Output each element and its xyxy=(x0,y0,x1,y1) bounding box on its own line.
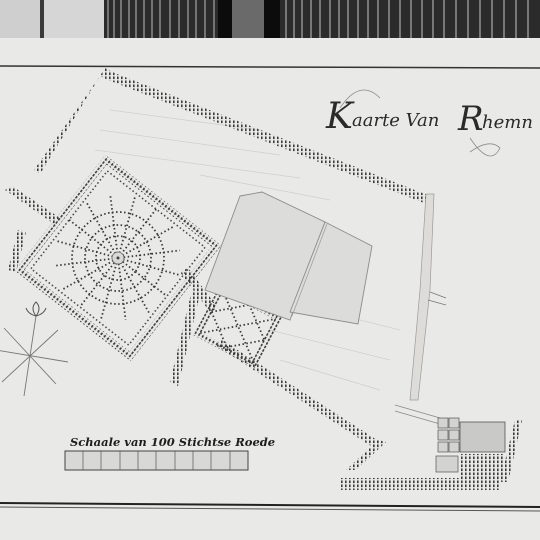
title-word-kaarte-van: aarte Van xyxy=(352,110,439,131)
title-initial-k: K xyxy=(325,96,355,137)
parcels xyxy=(205,192,372,324)
boundary-avenue-north xyxy=(34,68,430,203)
tree-row-bottom xyxy=(340,478,500,490)
compass-rose xyxy=(0,302,68,396)
fleur-de-lis-icon xyxy=(26,302,46,316)
estate-map: K aarte Van R hemn Schaale van 100 Stich… xyxy=(0,0,540,540)
map-title: K aarte Van R hemn xyxy=(325,90,533,156)
title-word-hemn: hemn xyxy=(482,112,533,133)
scale-label: Schaale van 100 Stichtse Roede xyxy=(70,435,275,449)
title-initial-r: R xyxy=(457,99,484,139)
road-east xyxy=(395,194,446,424)
scale-bar: Schaale van 100 Stichtse Roede xyxy=(65,435,275,470)
farmstead-buildings xyxy=(436,418,505,478)
